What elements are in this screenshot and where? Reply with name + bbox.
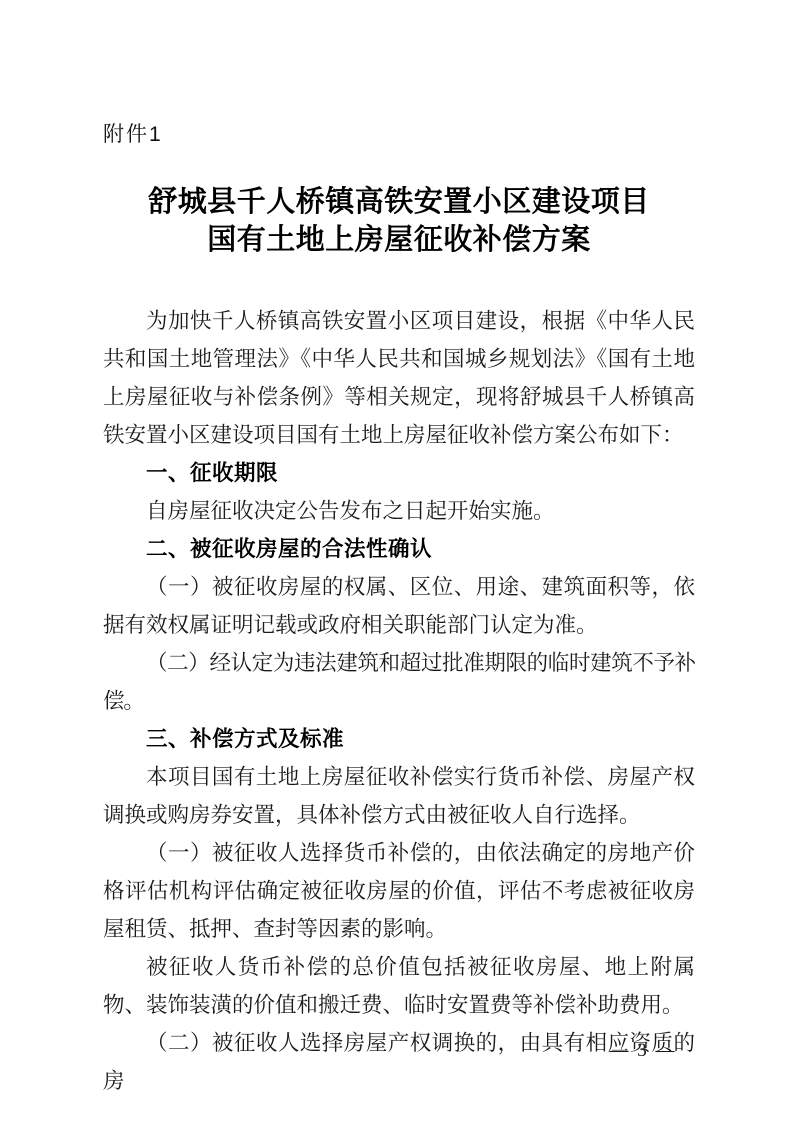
document-title-line1: 舒城县千人桥镇高铁安置小区建设项目 — [103, 183, 695, 221]
document-title-line2: 国有土地上房屋征收补偿方案 — [103, 221, 695, 259]
section-3-item-1-paragraph: （一）被征收人选择货币补偿的，由依法确定的房地产价格评估机构评估确定被征收房屋的… — [103, 834, 695, 948]
section-2-item-2-paragraph: （二）经认定为违法建筑和超过批准期限的临时建筑不予补偿。 — [103, 644, 695, 720]
section-1-paragraph: 自房屋征收决定公告发布之日起开始实施。 — [103, 492, 695, 530]
section-heading-3: 三、补偿方式及标准 — [103, 720, 695, 758]
page-number: — 3 — — [563, 1040, 723, 1062]
section-heading-2: 二、被征收房屋的合法性确认 — [103, 530, 695, 568]
section-3-item-2-paragraph: （二）被征收人选择房屋产权调换的，由具有相应资质的房 — [103, 1024, 695, 1100]
section-heading-1: 一、征收期限 — [103, 454, 695, 492]
document-title: 舒城县千人桥镇高铁安置小区建设项目 国有土地上房屋征收补偿方案 — [103, 183, 695, 259]
attachment-label: 附件1 — [103, 118, 163, 148]
document-page: 附件1 舒城县千人桥镇高铁安置小区建设项目 国有土地上房屋征收补偿方案 为加快千… — [0, 0, 793, 1122]
intro-paragraph: 为加快千人桥镇高铁安置小区项目建设，根据《中华人民共和国土地管理法》《中华人民共… — [103, 302, 695, 454]
section-3-item-1b-paragraph: 被征收人货币补偿的总价值包括被征收房屋、地上附属物、装饰装潢的价值和搬迁费、临时… — [103, 948, 695, 1024]
section-2-item-1-paragraph: （一）被征收房屋的权属、区位、用途、建筑面积等，依据有效权属证明记载或政府相关职… — [103, 568, 695, 644]
section-3-intro-paragraph: 本项目国有土地上房屋征收补偿实行货币补偿、房屋产权调换或购房券安置，具体补偿方式… — [103, 758, 695, 834]
document-body: 为加快千人桥镇高铁安置小区项目建设，根据《中华人民共和国土地管理法》《中华人民共… — [103, 302, 695, 1100]
